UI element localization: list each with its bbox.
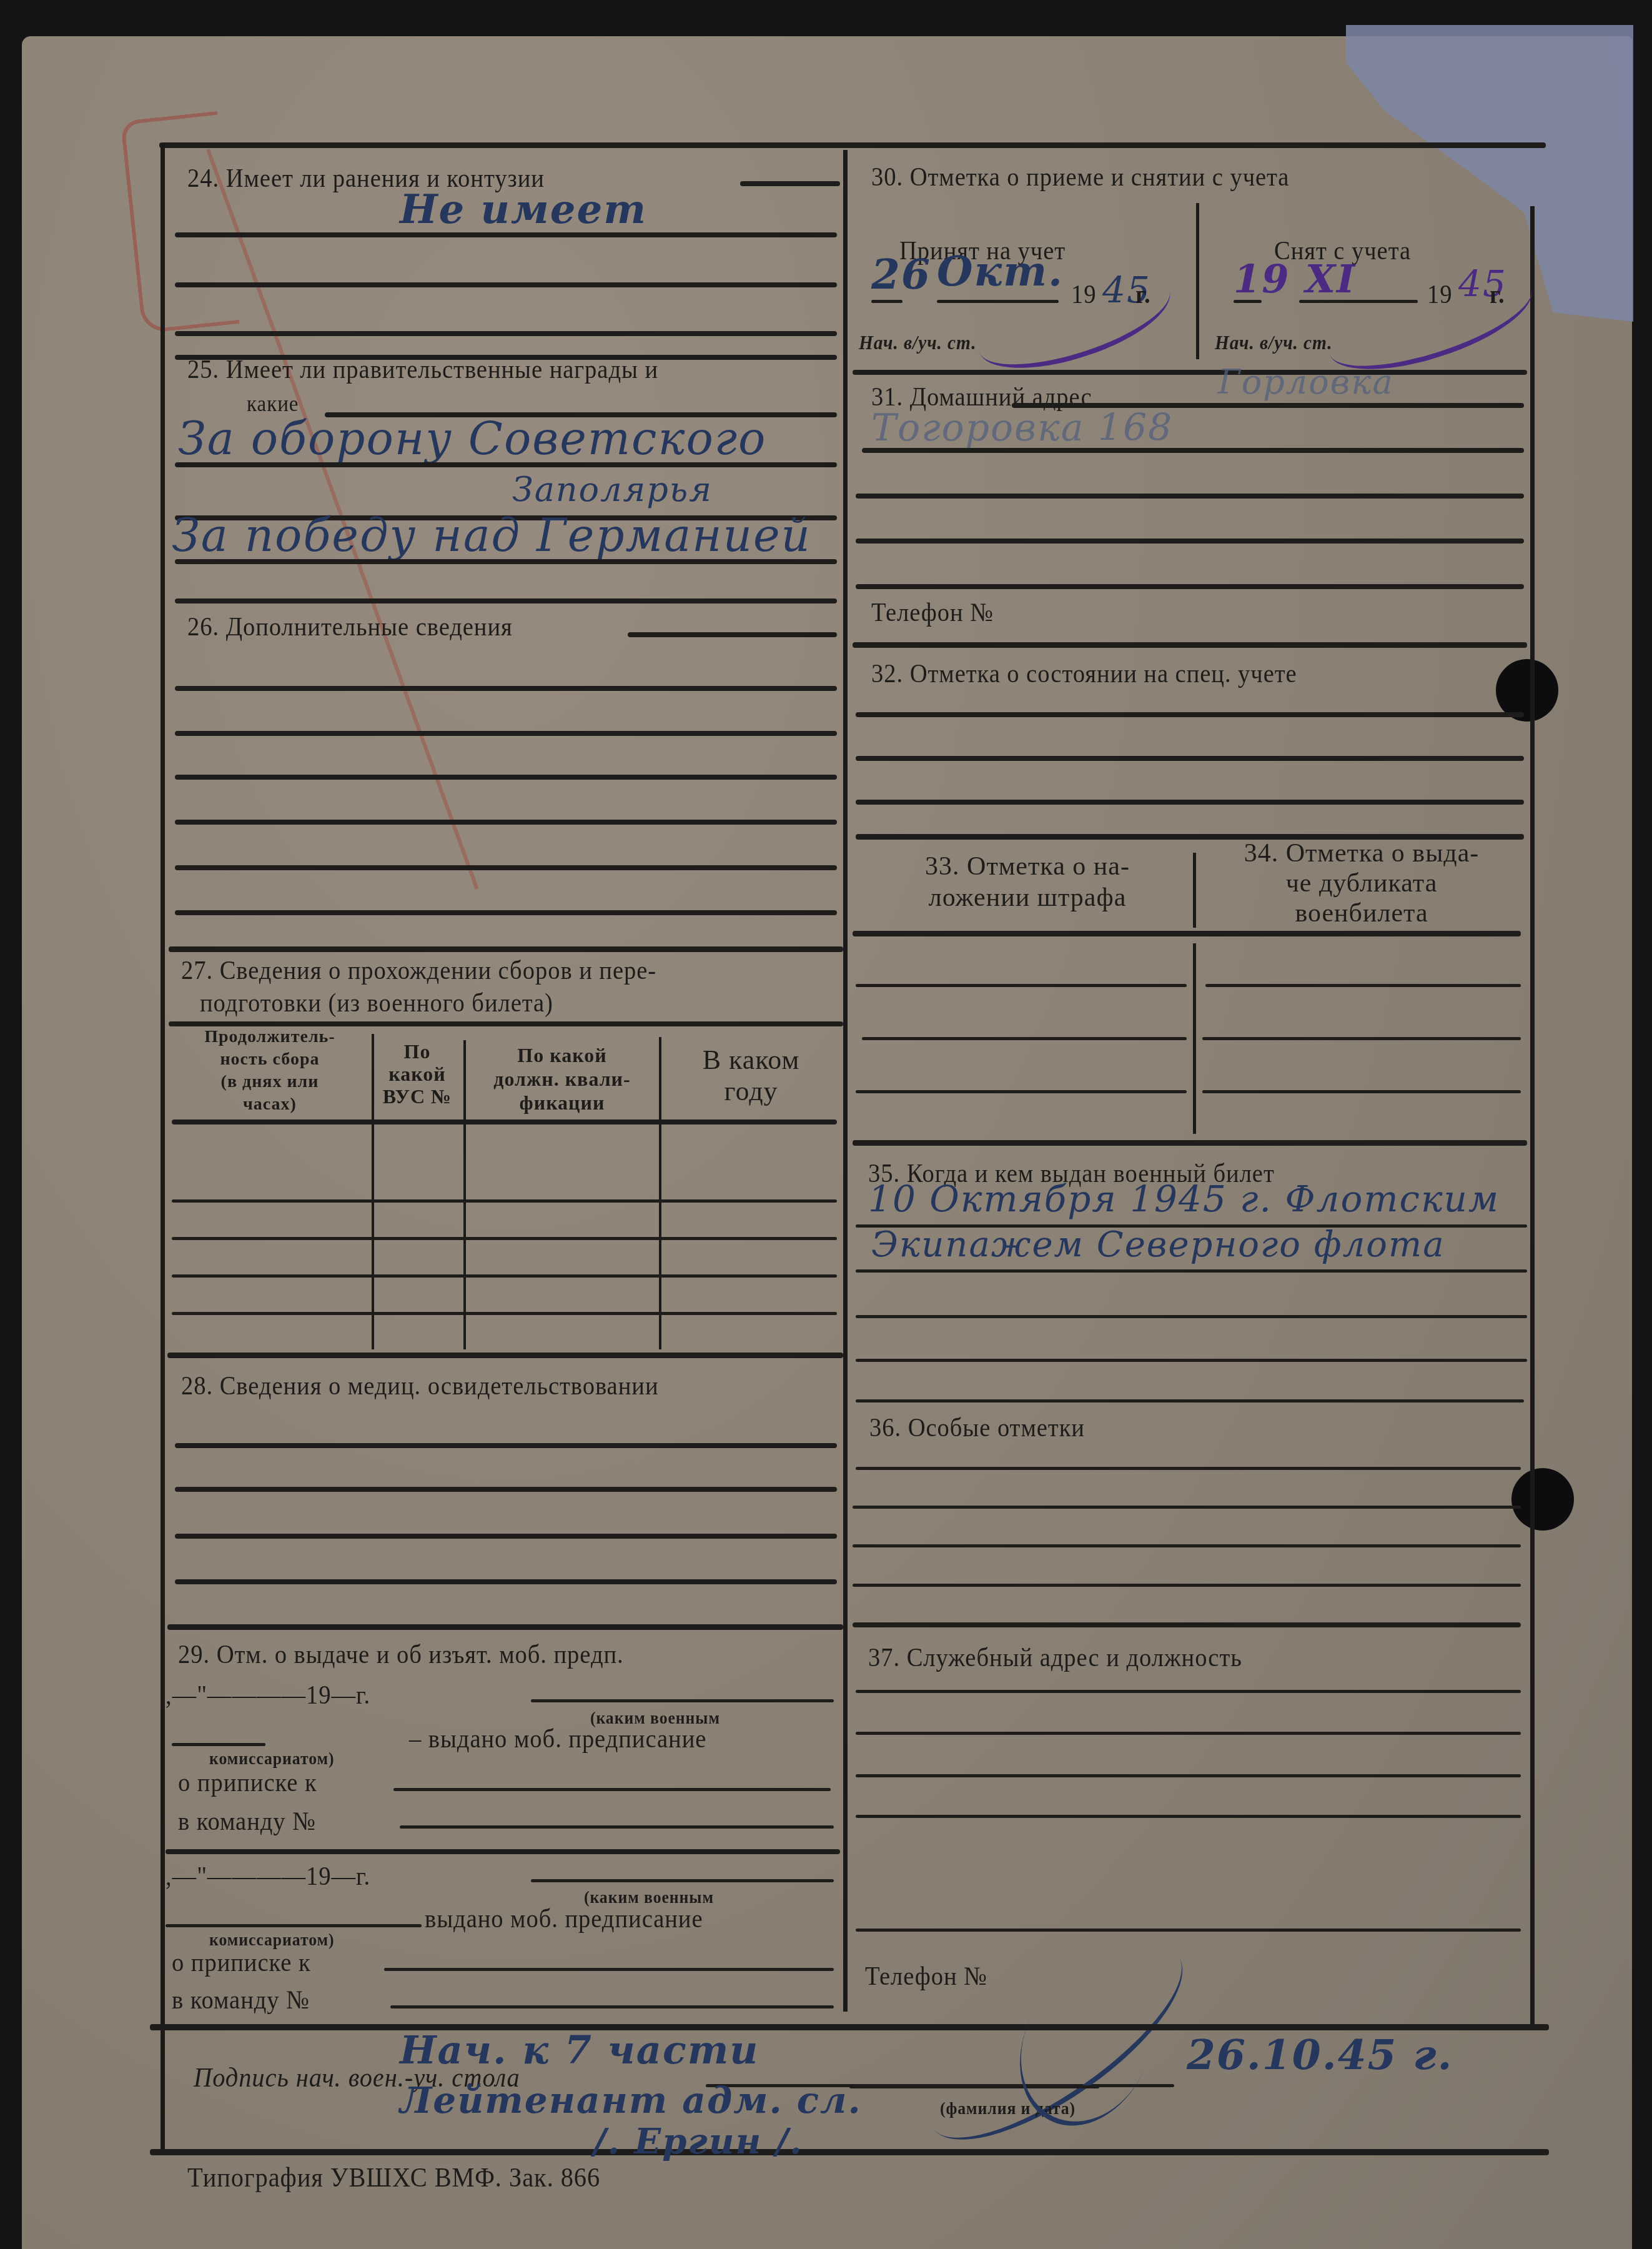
signature-handwritten-2: Лейтенант адм. сл. [400,2079,862,2122]
col-vus-header: ПокакойВУС № [373,1040,461,1108]
frame-middle [843,150,848,2012]
rule [856,1690,1521,1693]
rule [175,775,837,780]
rule [862,1037,1187,1040]
frame-bottom [150,2149,1549,2155]
accepted-day: 26 [871,250,931,299]
rule [853,1622,1521,1627]
section-36-label: 36. Особые отметки [869,1413,1085,1443]
section-25-label: 25. Имеет ли правительственные награды и [187,355,658,385]
award-2: За победу над Германией [172,509,811,562]
rule [853,1544,1521,1547]
signature-handwritten-3: /. Ергин /. [593,2121,803,2162]
rule [175,686,837,691]
removed-chief-label: Нач. в/уч. ст. [1215,331,1333,354]
rule [1202,1037,1521,1040]
rule [175,559,837,564]
rule [175,1443,837,1448]
rule [384,1968,834,1971]
rule [390,2005,834,2008]
rule [856,494,1524,499]
section-24-answer: Не имеет [400,186,647,233]
rule [166,1924,422,1927]
mob-team-1: в команду № [178,1807,316,1837]
home-phone-label: Телефон № [871,598,994,628]
rule [856,584,1524,589]
section-27-label: 27. Сведения о прохождении сборов и пере… [181,956,656,986]
award-1: За оборону Советского [178,412,766,465]
punch-hole-bottom [1511,1468,1574,1531]
rule [175,1579,837,1584]
rule [393,1788,831,1791]
rule [856,1090,1187,1093]
rule [853,931,1521,936]
rule [167,1624,843,1630]
rule [175,282,837,287]
rule [172,1743,265,1746]
sign-date: 26.10.45 г. [1187,2030,1453,2079]
rule [172,1312,837,1315]
removed-month: XI [1305,256,1356,302]
rule [856,1399,1524,1403]
section-34-label: 34. Отметка о выда-че дубликатавоенбилет… [1205,838,1518,928]
rule [853,1584,1521,1587]
rule [853,1506,1521,1509]
col-divider [1193,853,1196,928]
rule [175,731,837,736]
section-33-label: 33. Отметка о на-ложении штрафа [871,851,1184,913]
printer-footer: Типография УВШХС ВМФ. Зак. 866 [187,2162,600,2193]
mob-issued-1: – выдано моб. предписание [409,1724,706,1754]
rule [856,1929,1521,1932]
rule [871,300,903,303]
rule [856,756,1524,761]
rule [628,632,837,637]
accepted-month: Окт. [937,247,1064,295]
mob-assign-1: о приписке к [178,1768,317,1798]
rule [856,1359,1527,1362]
home-address-line2: Тогоровка 168 [871,406,1173,450]
rule [175,1487,837,1492]
rule [856,1315,1527,1318]
col-divider [463,1040,466,1349]
rule [740,181,840,186]
rule [531,1879,834,1882]
rule [175,598,837,603]
col-divider [659,1037,661,1349]
removed-day: 19 [1234,256,1290,302]
rule [175,865,837,870]
rule [531,1699,834,1702]
frame-left [161,144,165,2155]
section-28-label: 28. Сведения о медиц. освидетельствовани… [181,1371,658,1401]
mob-hint-1b: комиссариатом) [209,1749,334,1769]
rule [849,2024,1540,2030]
section-37-label: 37. Служебный адрес и должность [868,1643,1242,1673]
rule [175,1534,837,1539]
mob-date-2: ,—"————19—г. [166,1862,370,1892]
mob-assign-2: о приписке к [172,1948,311,1978]
rule [175,910,837,915]
col-divider [1193,943,1196,1134]
rule [172,1237,837,1240]
military-id-issued-line1: 10 Октября 1945 г. Флотским [868,1178,1500,1220]
col-duration-header: Продолжитель-ность сбора(в днях иличасах… [170,1026,370,1116]
rule [172,1274,837,1278]
rule [175,462,837,467]
rule [172,1199,837,1203]
award-1-cont: Заполярья [512,470,713,509]
section-26-label: 26. Дополнительные сведения [187,612,513,642]
rule [856,1732,1521,1735]
rule [400,1825,834,1829]
mob-issued-2: выдано моб. предписание [425,1904,703,1934]
rule [175,820,837,825]
frame-right [1530,206,1535,2030]
home-address-line1: Горловка [1218,362,1394,402]
col-divider [372,1034,374,1349]
rule [175,331,837,336]
rule [1202,1090,1521,1093]
section-27-label-cont: подготовки (из военного билета) [200,988,553,1018]
rule [856,1774,1521,1777]
frame-top [159,142,1546,148]
rule [856,1815,1521,1818]
col-divider [1196,203,1199,359]
rule [853,1140,1527,1146]
accepted-chief-label: Нач. в/уч. ст. [859,331,977,354]
rule [856,539,1524,544]
rule [856,984,1187,987]
rule [167,1353,843,1358]
col-year-header: В какомгоду [662,1045,840,1107]
section-29-label: 29. Отм. о выдаче и об изъят. моб. предп… [178,1640,624,1670]
work-phone-label: Телефон № [865,1962,987,1992]
section-32-label: 32. Отметка о состоянии на спец. учете [871,659,1297,689]
section-30-label: 30. Отметка о приеме и снятии с учета [871,162,1289,192]
rule [175,232,837,237]
rule [856,712,1524,717]
rule [166,1849,840,1854]
rule [1205,984,1521,987]
col-qualification-header: По какойдолжн. квали-фикации [465,1043,659,1115]
rule [862,448,1524,453]
rule [856,1269,1527,1273]
mob-team-2: в команду № [172,1985,310,2015]
military-id-issued-line2: Экипажем Северного флота [871,1224,1445,1265]
rule [172,1120,837,1124]
rule [853,642,1527,648]
rule [856,1467,1521,1470]
rule [856,800,1524,805]
mob-date-1: ,—"————19—г. [166,1681,370,1710]
rule [853,370,1527,375]
rule [169,946,843,952]
